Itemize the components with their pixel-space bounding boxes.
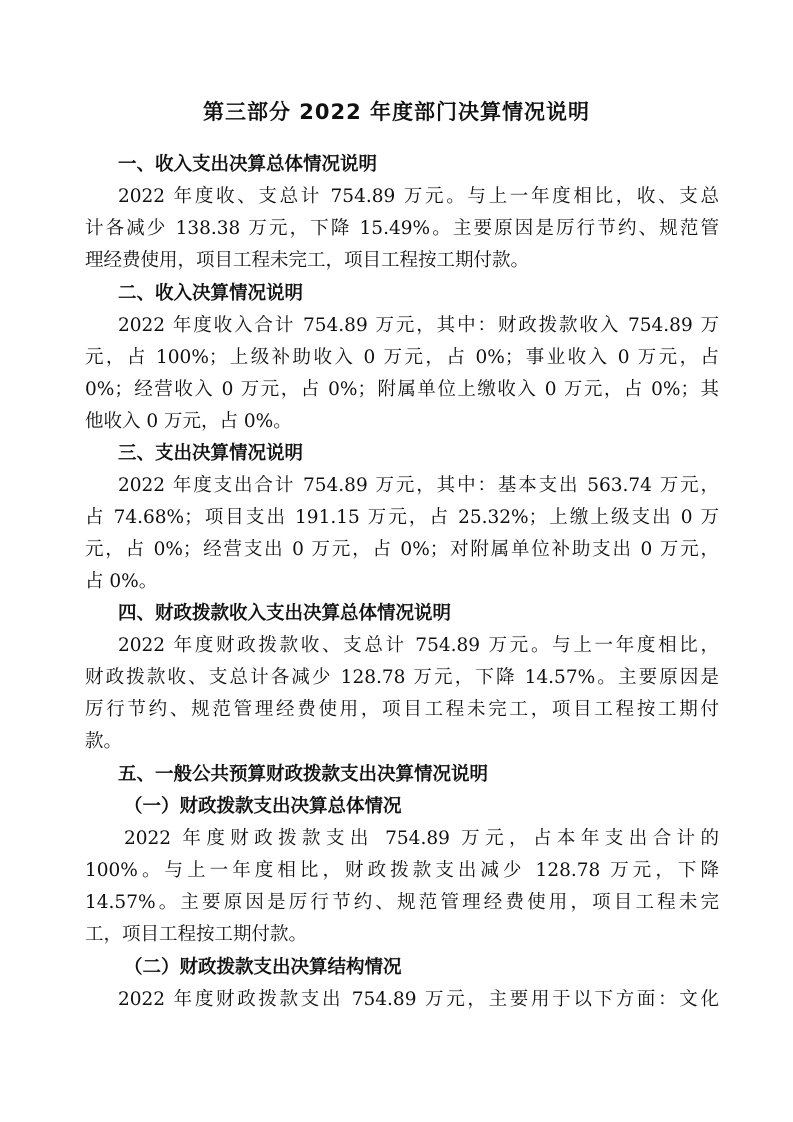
paragraph-line: 0%；经营收入 0 万元，占 0%；附属单位上缴收入 0 万元，占 0%；其 [85, 375, 719, 405]
paragraph-line: 2022 年度支出合计 754.89 万元，其中：基本支出 563.74 万元， [118, 471, 719, 501]
document-page: 第三部分 2022 年度部门决算情况说明 一、收入支出决算总体情况说明 2022… [0, 0, 793, 1122]
paragraph-line: 2022 年度收入合计 754.89 万元，其中：财政拨款收入 754.89 万 [118, 311, 719, 341]
paragraph-line: 工，项目工程按工期付款。 [85, 920, 719, 950]
paragraph-line: 财政拨款收、支总计各减少 128.78 万元，下降 14.57%。主要原因是 [85, 663, 719, 693]
paragraph-line: 他收入 0 万元，占 0%。 [85, 407, 719, 437]
paragraph-line: 厉行节约、规范管理经费使用，项目工程未完工，项目工程按工期付 [85, 695, 719, 725]
section-heading-1: 一、收入支出决算总体情况说明 [118, 150, 719, 180]
paragraph-line: 100%。与上一年度相比，财政拨款支出减少 128.78 万元，下降 [85, 856, 719, 886]
paragraph-line: 元，占 100%；上级补助收入 0 万元，占 0%；事业收入 0 万元，占 [85, 343, 719, 373]
paragraph-line: 款。 [85, 727, 719, 757]
section-heading-4: 四、财政拨款收入支出决算总体情况说明 [118, 599, 719, 629]
page-title: 第三部分 2022 年度部门决算情况说明 [0, 96, 793, 126]
paragraph-line: 理经费使用，项目工程未完工，项目工程按工期付款。 [85, 246, 719, 276]
section-heading-2: 二、收入决算情况说明 [118, 279, 719, 309]
paragraph-line: 占 0%。 [85, 567, 719, 597]
paragraph-line: 2022 年度财政拨款支出 754.89 万元，主要用于以下方面：文化 [118, 985, 719, 1015]
paragraph-line: 2022 年度财政拨款收、支总计 754.89 万元。与上一年度相比， [118, 631, 719, 661]
subsection-heading-1: （一）财政拨款支出决算总体情况 [124, 792, 719, 822]
paragraph-line: 2022 年度收、支总计 754.89 万元。与上一年度相比，收、支总 [118, 182, 719, 212]
paragraph-line: 计各减少 138.38 万元，下降 15.49%。主要原因是厉行节约、规范管 [85, 214, 719, 244]
paragraph-line: 2022 年度财政拨款支出 754.89 万元，占本年支出合计的 [124, 824, 719, 854]
paragraph-line: 元，占 0%；经营支出 0 万元，占 0%；对附属单位补助支出 0 万元， [85, 535, 719, 565]
section-heading-3: 三、支出决算情况说明 [118, 439, 719, 469]
subsection-heading-2: （二）财政拨款支出决算结构情况 [124, 953, 719, 983]
paragraph-line: 占 74.68%；项目支出 191.15 万元，占 25.32%；上缴上级支出 … [85, 503, 719, 533]
paragraph-line: 14.57%。主要原因是厉行节约、规范管理经费使用，项目工程未完 [85, 888, 719, 918]
section-heading-5: 五、一般公共预算财政拨款支出决算情况说明 [118, 760, 719, 790]
